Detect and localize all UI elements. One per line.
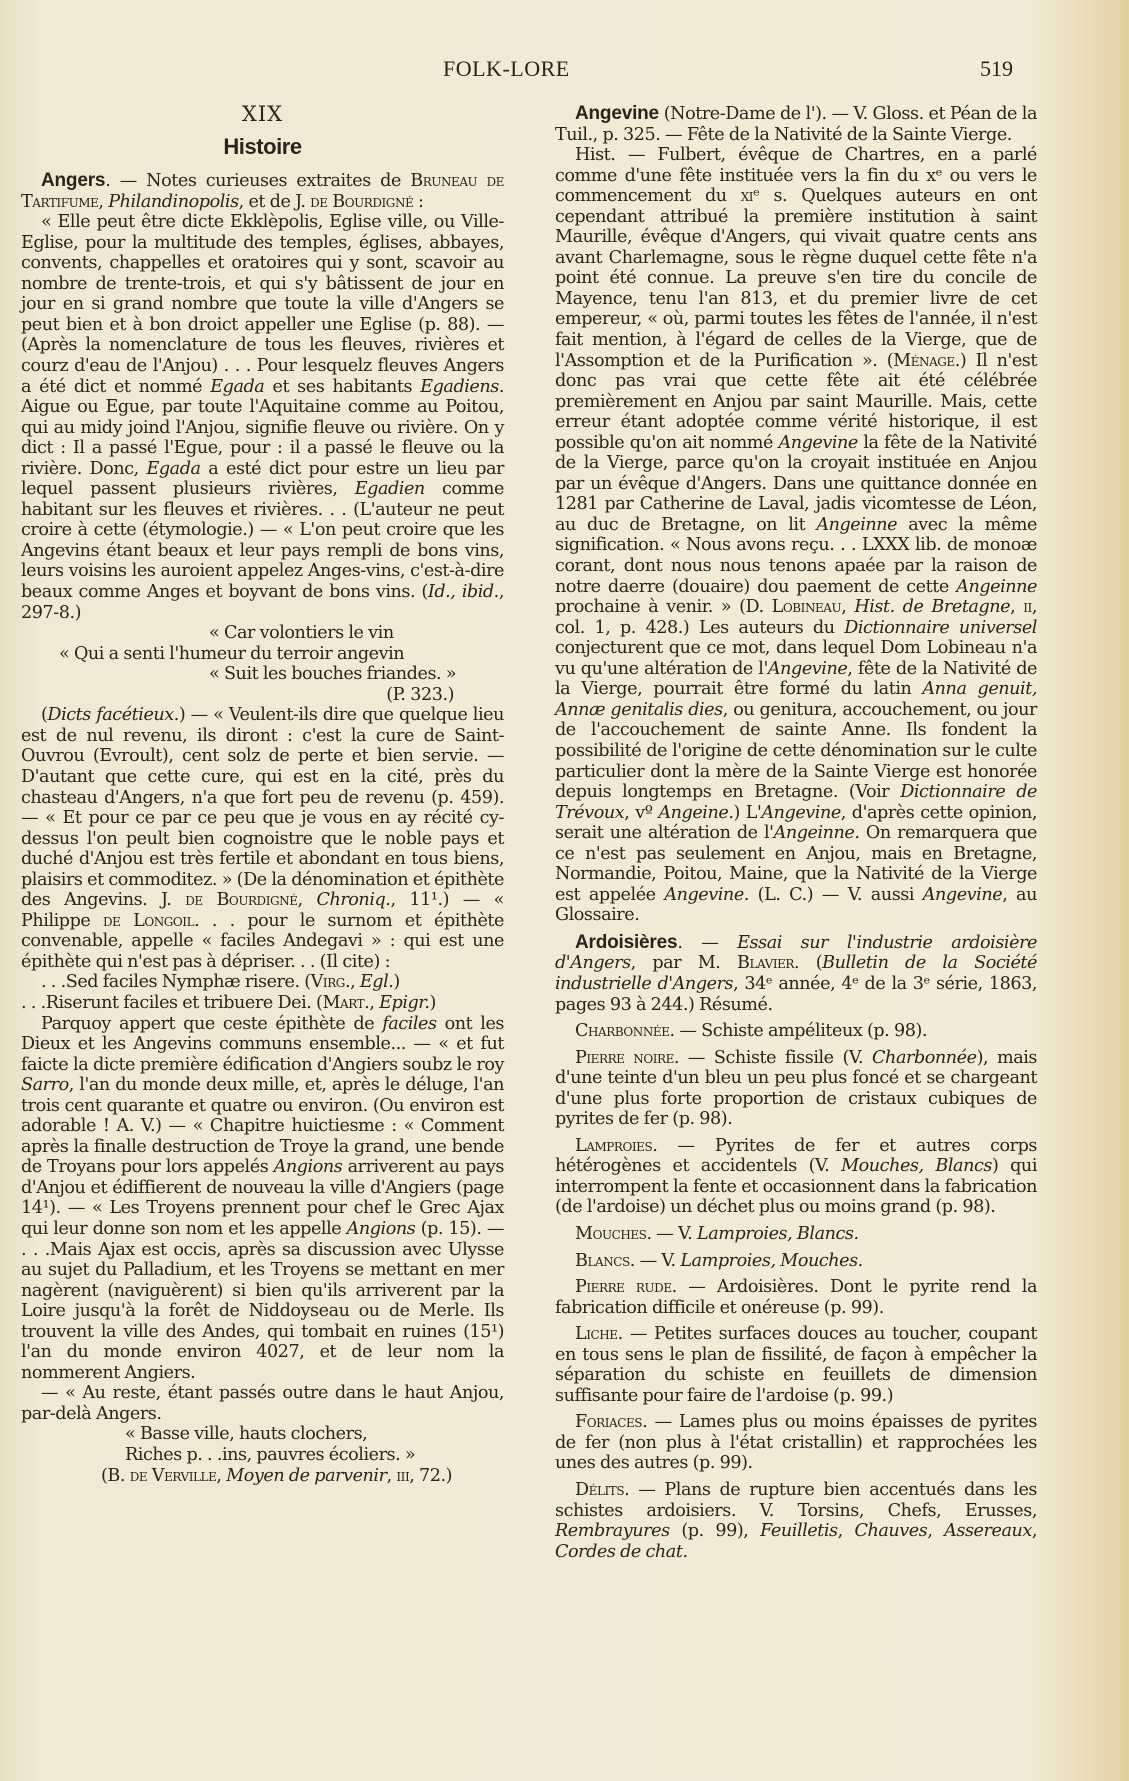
glossary-term: Charbonnée. — Schiste ampéliteux (p. 98)… (555, 1021, 1037, 1042)
verse-line: Riches p. . .ins, pauvres écoliers. » (21, 1445, 504, 1466)
entry-head-angers: Angers (41, 170, 105, 191)
paragraph: « Elle peut être dicte Ekklèpolis, Eglis… (21, 212, 504, 623)
glossary-term: Pierre rude. — Ardoisières. Dont le pyri… (555, 1277, 1037, 1318)
paragraph: — « Au reste, étant passés outre dans le… (21, 1383, 504, 1424)
latin-quote: . . .Sed faciles Nymphæ risere. (Virg., … (21, 972, 504, 993)
entry-ardoisieres: Ardoisières. — Essai sur l'industrie ard… (555, 933, 1037, 1015)
verse-reference: (B. de Verville, Moyen de parvenir, iii,… (21, 1466, 504, 1487)
author-name: de Bourdigné (310, 192, 413, 212)
page-number: 519 (980, 56, 1013, 82)
left-column: XIX Histoire Angers. — Notes curieuses e… (21, 104, 504, 1486)
glossary-term: Blancs. — V. Lamproies, Mouches. (555, 1251, 1037, 1272)
verse-line: « Basse ville, hauts clochers, (21, 1424, 504, 1445)
verse-line: « Car volontiers le vin (21, 623, 504, 644)
work-title: Philandinopolis (108, 192, 238, 212)
entry-angevine: Angevine (Notre-Dame de l'). — V. Gloss.… (555, 104, 1037, 145)
section-title: Histoire (21, 137, 504, 158)
verse-line: « Suit les bouches friandes. » (21, 664, 504, 685)
latin-quote: . . .Riserunt faciles et tribuere Dei. (… (21, 993, 504, 1014)
chapter-number: XIX (21, 104, 504, 125)
entry-angers-intro: Angers. — Notes curieuses extraites de B… (21, 171, 504, 212)
verse-reference: (P. 323.) (21, 685, 504, 706)
glossary-term: Liche. — Petites surfaces douces au touc… (555, 1324, 1037, 1406)
glossary-term: Pierre noire. — Schiste fissile (V. Char… (555, 1048, 1037, 1130)
glossary-term: Mouches. — V. Lamproies, Blancs. (555, 1224, 1037, 1245)
entry-head-ardoisieres: Ardoisières (575, 932, 677, 953)
glossary-term: Lamproies. — Pyrites de fer et autres co… (555, 1136, 1037, 1218)
glossary-term: Délits. — Plans de rupture bien accentué… (555, 1480, 1037, 1562)
paragraph: (Dicts facétieux.) — « Veulent-ils dire … (21, 705, 504, 972)
right-column: Angevine (Notre-Dame de l'). — V. Gloss.… (555, 104, 1037, 1562)
running-head: FOLK-LORE 519 (0, 56, 1129, 80)
glossary-term: Foriaces. — Lames plus ou moins épaisses… (555, 1412, 1037, 1474)
verse-line: « Qui a senti l'humeur du terroir angevi… (21, 644, 504, 665)
paragraph: Parquoy appert que ceste épithète de fac… (21, 1014, 504, 1384)
entry-head-angevine: Angevine (575, 103, 659, 124)
paragraph: Hist. — Fulbert, évêque de Chartres, en … (555, 145, 1037, 926)
running-title: FOLK-LORE (443, 56, 570, 82)
